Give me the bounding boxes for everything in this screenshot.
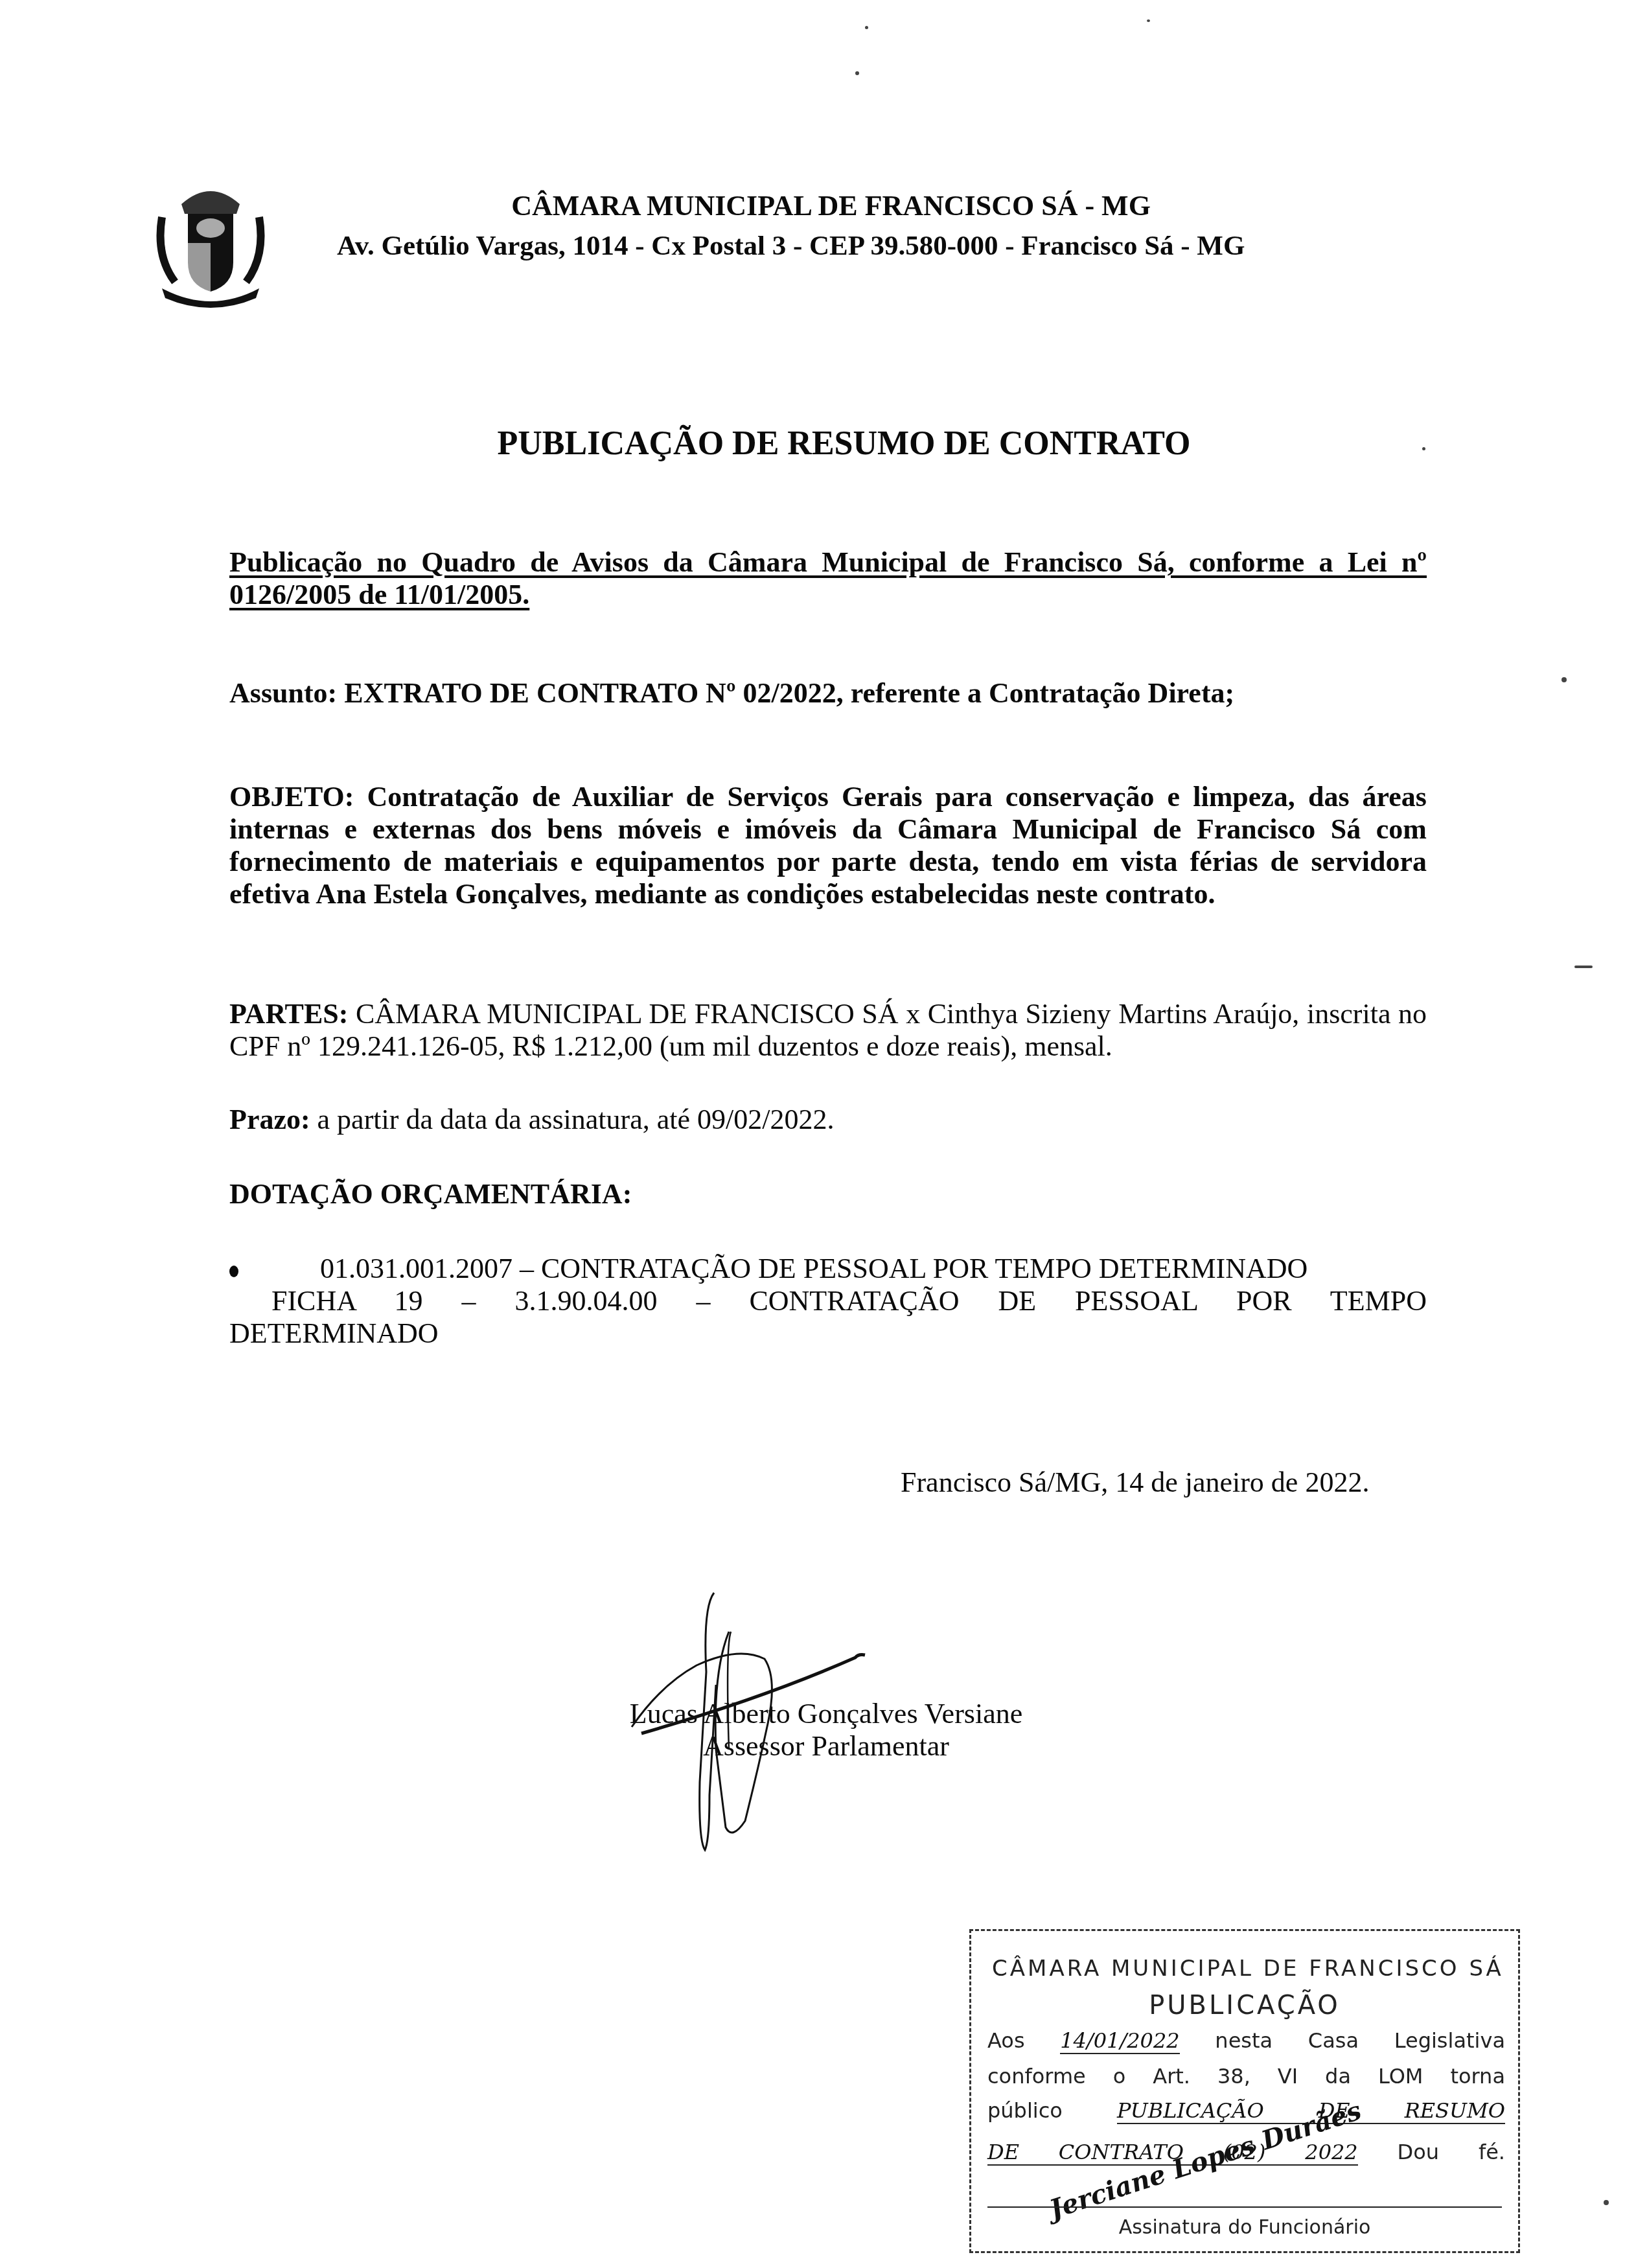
- assunto-label: Assunto:: [229, 677, 337, 709]
- bullet-icon: [229, 1266, 238, 1277]
- objeto-text: Contratação de Auxiliar de Serviços Gera…: [229, 781, 1427, 910]
- stamp-institution: CÂMARA MUNICIPAL DE FRANCISCO SÁ: [991, 1956, 1505, 1982]
- signer-block: Lucas Alberto Gonçalves Versiane Assesso…: [603, 1698, 1050, 1763]
- partes-section: PARTES: CÂMARA MUNICIPAL DE FRANCISCO SÁ…: [229, 998, 1427, 1063]
- objeto-label: OBJETO:: [229, 781, 354, 813]
- dotacao-line-1: 01.031.001.2007 – CONTRATAÇÃO DE PESSOAL…: [320, 1253, 1308, 1285]
- stamp-fe: Dou fé.: [1398, 2140, 1505, 2164]
- assunto-section: Assunto: EXTRATO DE CONTRATO Nº 02/2022,…: [229, 677, 1427, 710]
- publication-note: Publicação no Quadro de Avisos da Câmara…: [229, 546, 1427, 611]
- prazo-text: a partir da data da assinatura, até 09/0…: [310, 1104, 835, 1135]
- dotacao-line-2: FICHA 19 – 3.1.90.04.00 – CONTRATAÇÃO DE…: [271, 1285, 1427, 1317]
- dotacao-heading: DOTAÇÃO ORÇAMENTÁRIA:: [229, 1178, 1427, 1210]
- stamp-publico-prefix: público: [987, 2098, 1063, 2123]
- stamp-signature-line: [987, 2206, 1502, 2208]
- institution-name: CÂMARA MUNICIPAL DE FRANCISCO SÁ - MG: [0, 189, 1636, 222]
- partes-label: PARTES:: [229, 998, 348, 1030]
- prazo-section: Prazo: a partir da data da assinatura, a…: [229, 1104, 1427, 1136]
- scan-speck: [855, 71, 859, 75]
- stamp-heading: PUBLICAÇÃO: [971, 1991, 1518, 2020]
- partes-text: CÂMARA MUNICIPAL DE FRANCISCO SÁ x Cinth…: [229, 998, 1427, 1062]
- signer-role: Assessor Parlamentar: [603, 1730, 1050, 1763]
- stamp-signature-label: Assinatura do Funcionário: [971, 2216, 1518, 2239]
- scan-speck: [865, 26, 868, 29]
- stamp-date-line: Aos 14/01/2022 nesta Casa Legislativa: [987, 2028, 1505, 2053]
- scan-speck: [1147, 19, 1150, 22]
- scan-speck: [1422, 447, 1425, 450]
- objeto-section: OBJETO: Contratação de Auxiliar de Servi…: [229, 781, 1427, 910]
- institution-address: Av. Getúlio Vargas, 1014 - Cx Postal 3 -…: [337, 230, 1245, 262]
- document-title: PUBLICAÇÃO DE RESUMO DE CONTRATO: [0, 424, 1636, 463]
- stamp-date-suffix: nesta Casa Legislativa: [1215, 2028, 1505, 2053]
- scan-speck: [1574, 966, 1593, 968]
- prazo-label: Prazo:: [229, 1104, 310, 1135]
- scan-speck: [1561, 677, 1567, 682]
- publication-stamp: CÂMARA MUNICIPAL DE FRANCISCO SÁ PUBLICA…: [969, 1929, 1520, 2253]
- assunto-text: EXTRATO DE CONTRATO Nº 02/2022, referent…: [337, 677, 1234, 709]
- signer-name: Lucas Alberto Gonçalves Versiane: [603, 1698, 1050, 1730]
- stamp-conforme-line: conforme o Art. 38, VI da LOM torna: [987, 2064, 1505, 2089]
- place-date: Francisco Sá/MG, 14 de janeiro de 2022.: [901, 1466, 1369, 1499]
- scan-speck: [1604, 2200, 1609, 2205]
- stamp-publico-line: público PUBLICAÇÃO DE RESUMO: [987, 2098, 1505, 2123]
- stamp-date-prefix: Aos: [987, 2028, 1025, 2053]
- stamp-date-handwritten: 14/01/2022: [1060, 2028, 1179, 2054]
- dotacao-line-3: DETERMINADO: [229, 1317, 439, 1350]
